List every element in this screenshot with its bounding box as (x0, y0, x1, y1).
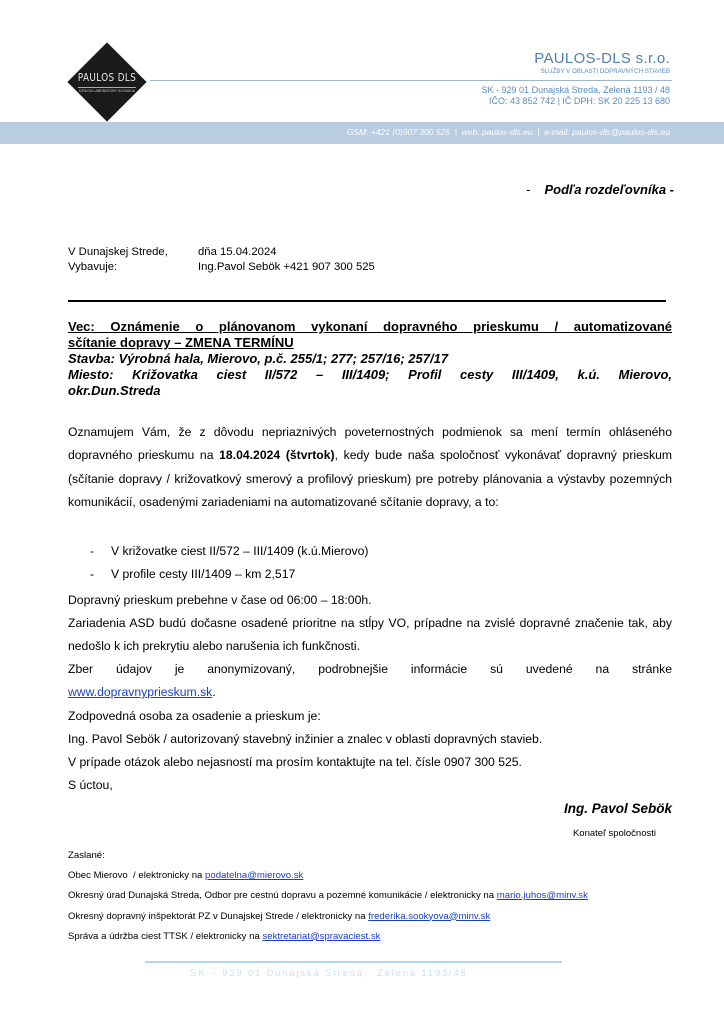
distribution-item-text: Správa a údržba ciest TTSK / elektronick… (68, 931, 262, 942)
subject-line-2: sčítanie dopravy – ZMENA TERMÍNU (68, 335, 672, 351)
footer-address: SK – 929 01 Dunajská Streda, Zelená 1193… (190, 968, 468, 979)
company-address: SK - 929 01 Dunajská Streda, Zelená 1193… (482, 85, 670, 95)
handler-value: Ing.Pavol Sebök +421 907 300 525 (198, 261, 375, 273)
distribution-item-text: Okresný úrad Dunajská Streda, Odbor pre … (68, 890, 497, 901)
signature-name: Ing. Pavol Sebök (564, 801, 672, 816)
distribution-item: Okresný dopravný inšpektorát PZ v Dunajs… (68, 907, 688, 927)
company-name: PAULOS-DLS s.r.o. (534, 50, 670, 67)
header-divider (150, 80, 672, 81)
website-link[interactable]: www.dopravnyprieskum.sk (68, 685, 212, 699)
handler-row: Vybavuje:Ing.Pavol Sebök +421 907 300 52… (68, 261, 375, 273)
recipient-dash: - (526, 182, 530, 197)
asd-paragraph: Zariadenia ASD budú dočasne osadené prio… (68, 612, 672, 659)
intro-paragraph: Oznamujem Vám, že z dôvodu nepriaznivých… (68, 421, 672, 514)
logo-subtitle: DESIGN LABORATORY SLOVAKIA (78, 87, 136, 93)
responsible-person: Ing. Pavol Sebök / autorizovaný stavebný… (68, 728, 672, 751)
email-link[interactable]: mario.juhos@minv.sk (497, 890, 588, 901)
contact-band-text: GSM: +421 (0)907 300 525 | web: paulos-d… (347, 127, 670, 137)
distribution-item-text: Obec Mierovo / elektronicky na (68, 870, 205, 881)
handler-label: Vybavuje: (68, 261, 198, 273)
website-suffix: . (212, 685, 215, 699)
company-logo: PAULOS DLS DESIGN LABORATORY SLOVAKIA (68, 43, 146, 121)
location-list: -V križovatke ciest II/572 – III/1409 (k… (68, 540, 672, 587)
recipient-text: Podľa rozdeľovníka - (545, 182, 675, 197)
data-info-text: Zber údajov je anonymizovaný, podrobnejš… (68, 658, 672, 681)
time-line: Dopravný prieskum prebehne v čase od 06:… (68, 589, 672, 612)
company-tagline: SLUŽBY V OBLASTI DOPRAVNÝCH STAVIEB (540, 68, 670, 75)
distribution-item: Okresný úrad Dunajská Streda, Odbor pre … (68, 886, 688, 906)
contact-line: V prípade otázok alebo nejasností ma pro… (68, 751, 672, 774)
list-item-text: V profile cesty III/1409 – km 2,517 (111, 567, 295, 581)
survey-date: 18.04.2024 (štvrtok) (219, 448, 334, 462)
responsible-label: Zodpovedná osoba za osadenie a prieskum … (68, 705, 672, 728)
logo-title: PAULOS DLS (76, 71, 138, 84)
list-item: -V križovatke ciest II/572 – III/1409 (k… (68, 540, 672, 563)
distribution-item: Obec Mierovo / elektronicky na podatelna… (68, 866, 688, 886)
company-ids: IČO: 43 852 742 | IČ DPH: SK 20 225 13 6… (489, 96, 670, 106)
miesto-line-1: Miesto: Križovatka ciest II/572 – III/14… (68, 367, 672, 383)
place-date-row: V Dunajskej Strede,dňa 15.04.2024 (68, 246, 277, 258)
separator-rule (68, 300, 666, 302)
list-item-text: V križovatke ciest II/572 – III/1409 (k.… (111, 544, 368, 558)
data-info-paragraph: Zber údajov je anonymizovaný, podrobnejš… (68, 658, 672, 705)
email-link[interactable]: sektretariat@spravaciest.sk (262, 931, 380, 942)
recipient-line: -Podľa rozdeľovníka - (526, 182, 674, 197)
distribution-item-text: Okresný dopravný inšpektorát PZ v Dunajs… (68, 911, 368, 922)
list-item: -V profile cesty III/1409 – km 2,517 (68, 563, 672, 586)
stavba-line: Stavba: Výrobná hala, Mierovo, p.č. 255/… (68, 351, 672, 367)
distribution-list: Zaslané: Obec Mierovo / elektronicky na … (68, 846, 688, 947)
subject-block: Vec: Oznámenie o plánovanom vykonaní dop… (68, 319, 672, 399)
closing-line: S úctou, (68, 774, 672, 797)
signature-role: Konateľ spoločnosti (573, 828, 656, 839)
place-label: V Dunajskej Strede, (68, 246, 198, 258)
date-value: dňa 15.04.2024 (198, 246, 277, 258)
subject-line-1: Vec: Oznámenie o plánovanom vykonaní dop… (68, 319, 672, 335)
email-link[interactable]: frederika.sookyova@minv.sk (368, 911, 490, 922)
email-link[interactable]: podatelna@mierovo.sk (205, 870, 303, 881)
miesto-line-2: okr.Dun.Streda (68, 383, 672, 399)
footer-divider (145, 961, 562, 963)
distribution-label: Zaslané: (68, 846, 688, 866)
distribution-item: Správa a údržba ciest TTSK / elektronick… (68, 927, 688, 947)
